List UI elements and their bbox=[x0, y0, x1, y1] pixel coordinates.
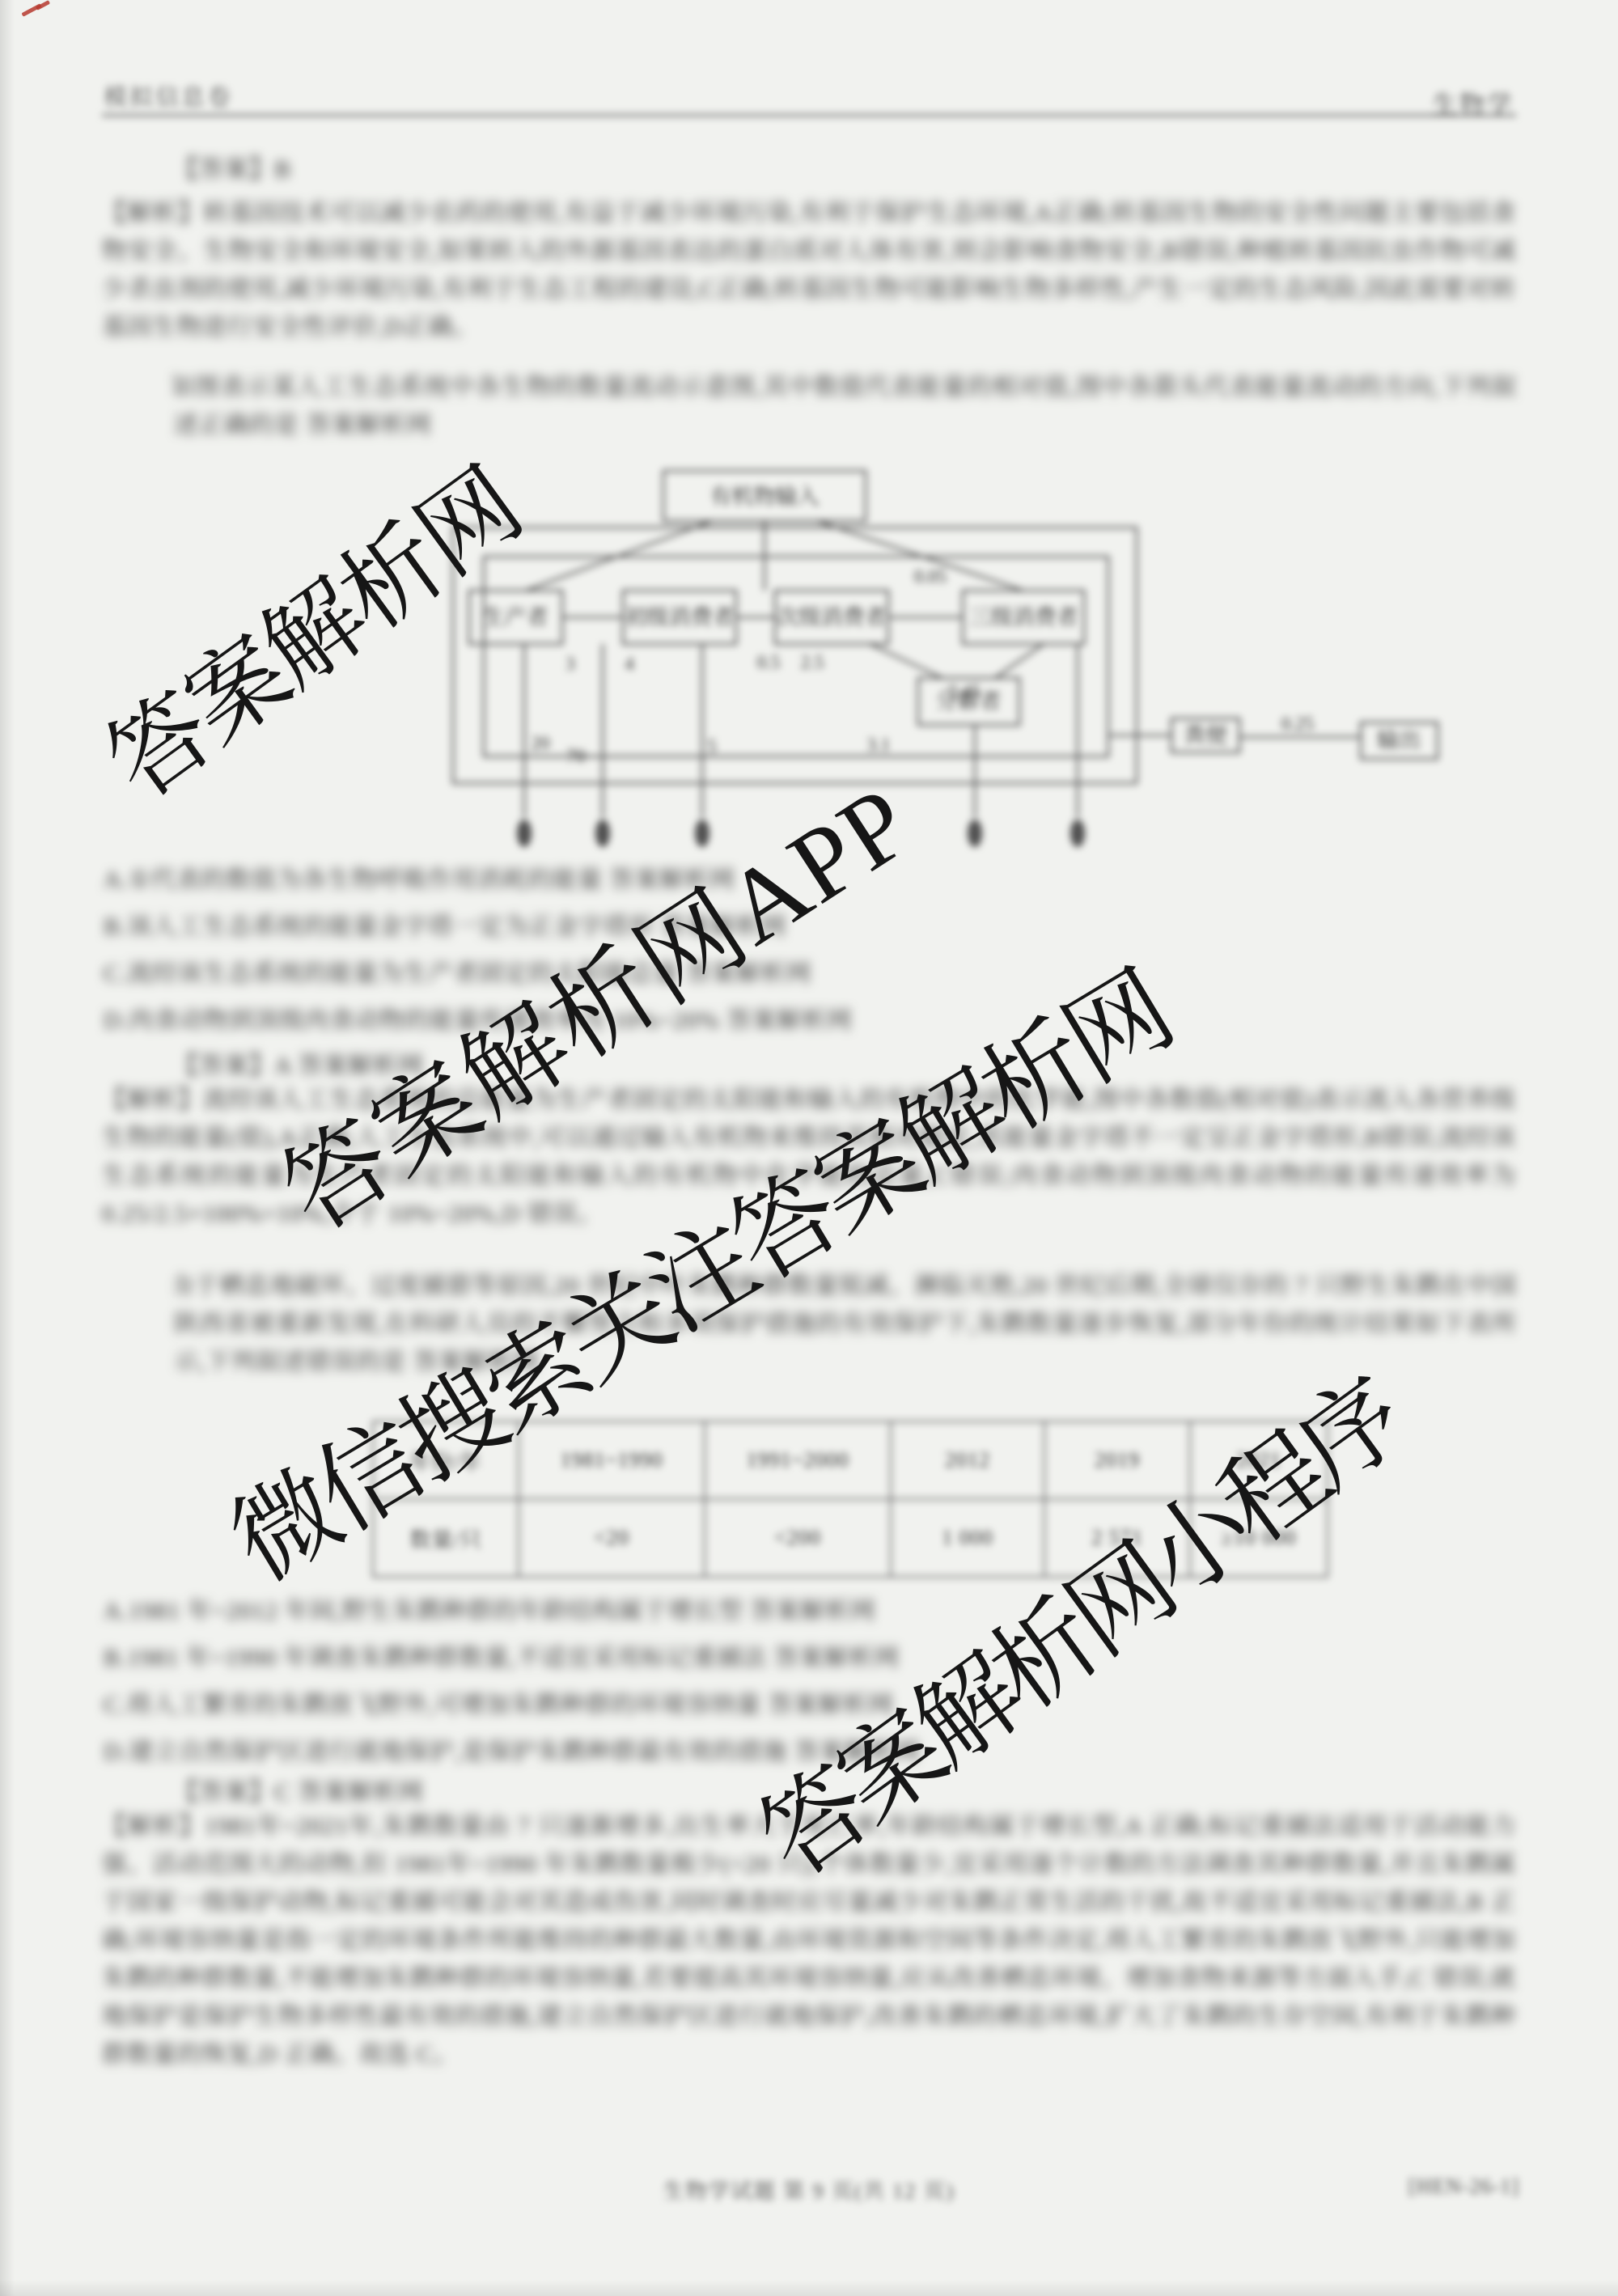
scanned-exam-page: 模拟信息卷 生物学 bbox=[0, 0, 1618, 2296]
q13-option-a: A.1981 年~2012 年间,野生朱鹮种群的年龄结构属于增长型 答案解析网 bbox=[104, 1591, 875, 1626]
q13-option-b: B.1981 年~1990 年调查朱鹮种群数量,不适宜采用标记重捕法 答案解析网 bbox=[104, 1637, 900, 1673]
question-13-stem: 13. 由于栖息地破坏、过度捕猎等原因,20 世纪中叶朱鹮种群数量锐减、濒临灭绝… bbox=[174, 1267, 1517, 1384]
q12-option-a: A.①代表的数值为各生物呼吸作用消耗的能量 答案解析网 bbox=[104, 859, 735, 895]
answer-line-q13: 【答案】C 答案解析网 bbox=[174, 1772, 424, 1807]
question-12-stem: 12. 如图表示某人工生态系统中各生物的数量流动示意图,其中数值代表能量的相对值… bbox=[174, 368, 1517, 447]
analysis-q11: 【解析】转基因技术可以减少农药的使用,有益于减少环境污染,有利于保护生态环境,A… bbox=[102, 194, 1516, 346]
answer-line-q11: 【答案】B bbox=[174, 149, 291, 184]
q13-option-d: D.建立自然保护区进行就地保护,是保护朱鹮种群最有效的措施 答案解析网 bbox=[104, 1731, 920, 1767]
scan-edge-shadow-left bbox=[0, 0, 15, 2296]
scan-edge-shadow-bottom bbox=[0, 2280, 1618, 2296]
q13-option-c: C.将人工繁育的朱鹮放飞野外,可增加朱鹮种群的环境容纳量 答案解析网 bbox=[104, 1684, 894, 1720]
answer-line-q12: 【答案】A 答案解析网 bbox=[174, 1045, 424, 1081]
